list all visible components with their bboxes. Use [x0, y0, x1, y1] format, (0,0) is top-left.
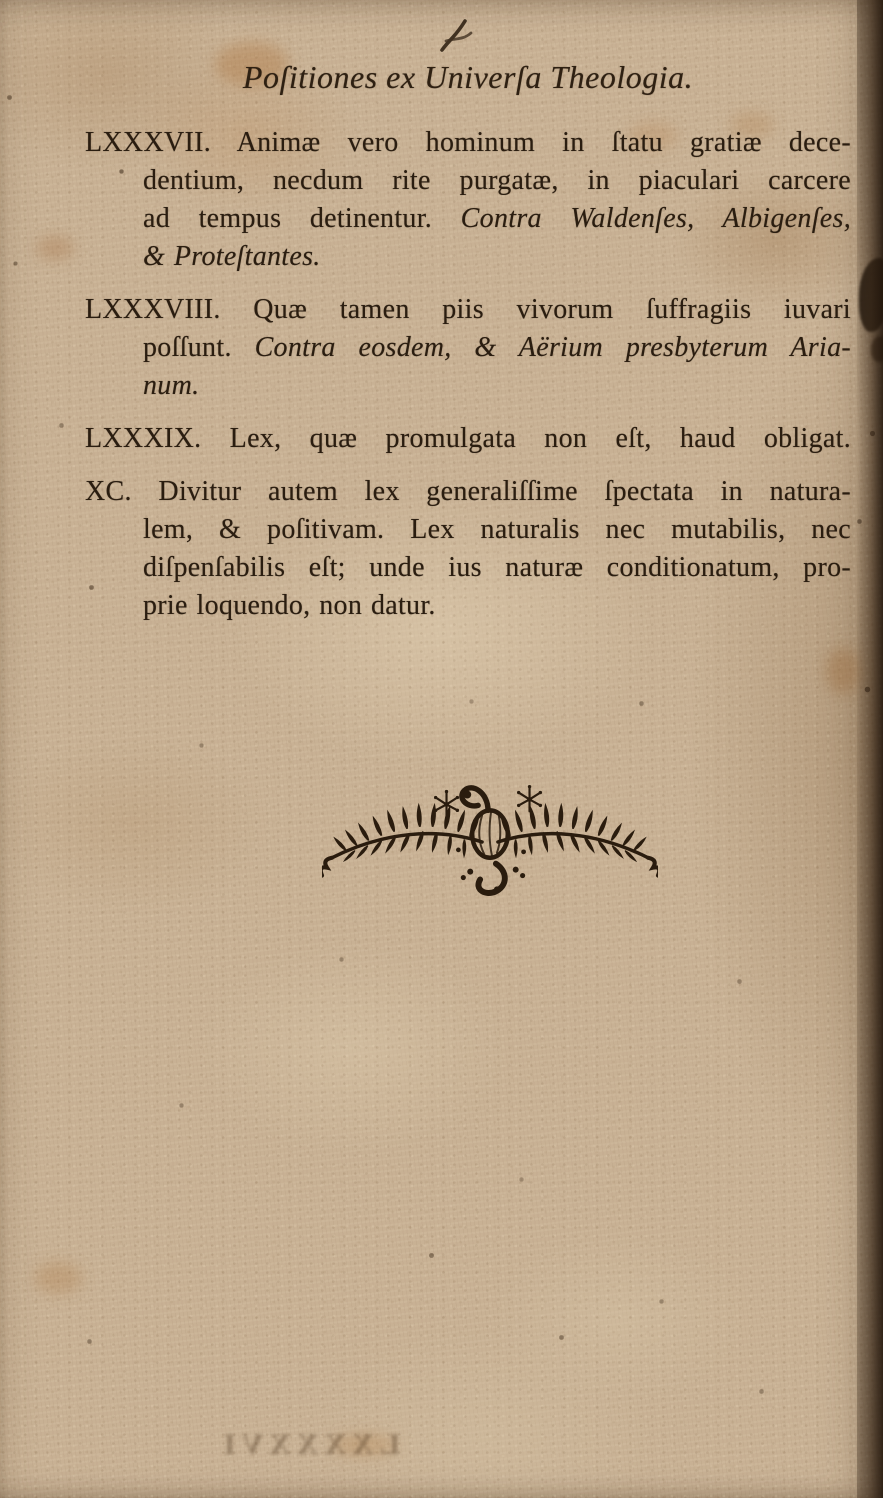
italic-text: & Proteſtantes. [143, 241, 321, 272]
page-title: Poſitiones ex Univerſa Theologia. [85, 56, 851, 98]
text-line: prie loquendo, non datur. [85, 587, 851, 625]
roman-text: LXXXIX. Lex, quæ promulgata non eſt, hau… [85, 423, 851, 454]
italic-text: Contra Waldenſes, Albigenſes, [461, 203, 851, 234]
text-column: Poſitiones ex Univerſa Theologia. LXXXVI… [85, 56, 851, 640]
italic-text: num. [143, 370, 199, 401]
paper-stain [332, 1434, 396, 1456]
text-line: & Proteſtantes. [85, 238, 851, 276]
text-line: LXXXVII. Animæ vero hominum in ſtatu gra… [85, 124, 851, 162]
italic-text: Contra eosdem, & Aërium presbyterum Aria… [255, 332, 851, 363]
roman-text: LXXXVII. Animæ vero hominum in ſtatu gra… [85, 127, 851, 158]
text-line: XC. Divitur autem lex generaliſſime ſpec… [85, 473, 851, 511]
text-line: LXXXIX. Lex, quæ promulgata non eſt, hau… [85, 420, 851, 458]
roman-text: prie loquendo, non datur. [143, 590, 436, 621]
floral-tailpiece-ornament [322, 780, 658, 898]
text-line: ad tempus detinentur. Contra Waldenſes, … [85, 200, 851, 238]
stray-ink-mark [430, 8, 486, 58]
paper-stain [36, 236, 74, 260]
text-body: LXXXVII. Animæ vero hominum in ſtatu gra… [85, 124, 851, 625]
text-line: dentium, necdum rite purgatæ, in piacula… [85, 162, 851, 200]
roman-text: ad tempus detinentur. [143, 203, 461, 234]
ink-blob [859, 258, 883, 332]
text-line: poſſunt. Contra eosdem, & Aërium presbyt… [85, 329, 851, 367]
paragraph: LXXXVII. Animæ vero hominum in ſtatu gra… [85, 124, 851, 276]
text-line: lem, & poſitivam. Lex naturalis nec muta… [85, 511, 851, 549]
text-line: num. [85, 367, 851, 405]
roman-text: dentium, necdum rite purgatæ, in piacula… [143, 165, 851, 196]
roman-text: LXXXVIII. Quæ tamen piis vivorum ſuffrag… [85, 294, 851, 325]
text-line: LXXXVIII. Quæ tamen piis vivorum ſuffrag… [85, 291, 851, 329]
paragraph: XC. Divitur autem lex generaliſſime ſpec… [85, 473, 851, 625]
book-page: Poſitiones ex Univerſa Theologia. LXXXVI… [0, 0, 883, 1498]
paragraph: LXXXIX. Lex, quæ promulgata non eſt, hau… [85, 420, 851, 458]
paper-stain [34, 1262, 82, 1294]
paper-stain [826, 648, 860, 694]
paragraph: LXXXVIII. Quæ tamen piis vivorum ſuffrag… [85, 291, 851, 405]
showthrough-mark: LXXXXVI [100, 1428, 400, 1462]
roman-text: poſſunt. [143, 332, 255, 363]
ink-blob [871, 336, 883, 362]
page-edge-shadow [857, 0, 883, 1498]
ink-specks [0, 0, 3, 3]
text-line: diſpenſabilis eſt; unde ius naturæ condi… [85, 549, 851, 587]
roman-text: XC. Divitur autem lex generaliſſime ſpec… [85, 476, 851, 507]
roman-text: lem, & poſitivam. Lex naturalis nec muta… [143, 514, 851, 545]
roman-text: diſpenſabilis eſt; unde ius naturæ condi… [143, 552, 851, 583]
